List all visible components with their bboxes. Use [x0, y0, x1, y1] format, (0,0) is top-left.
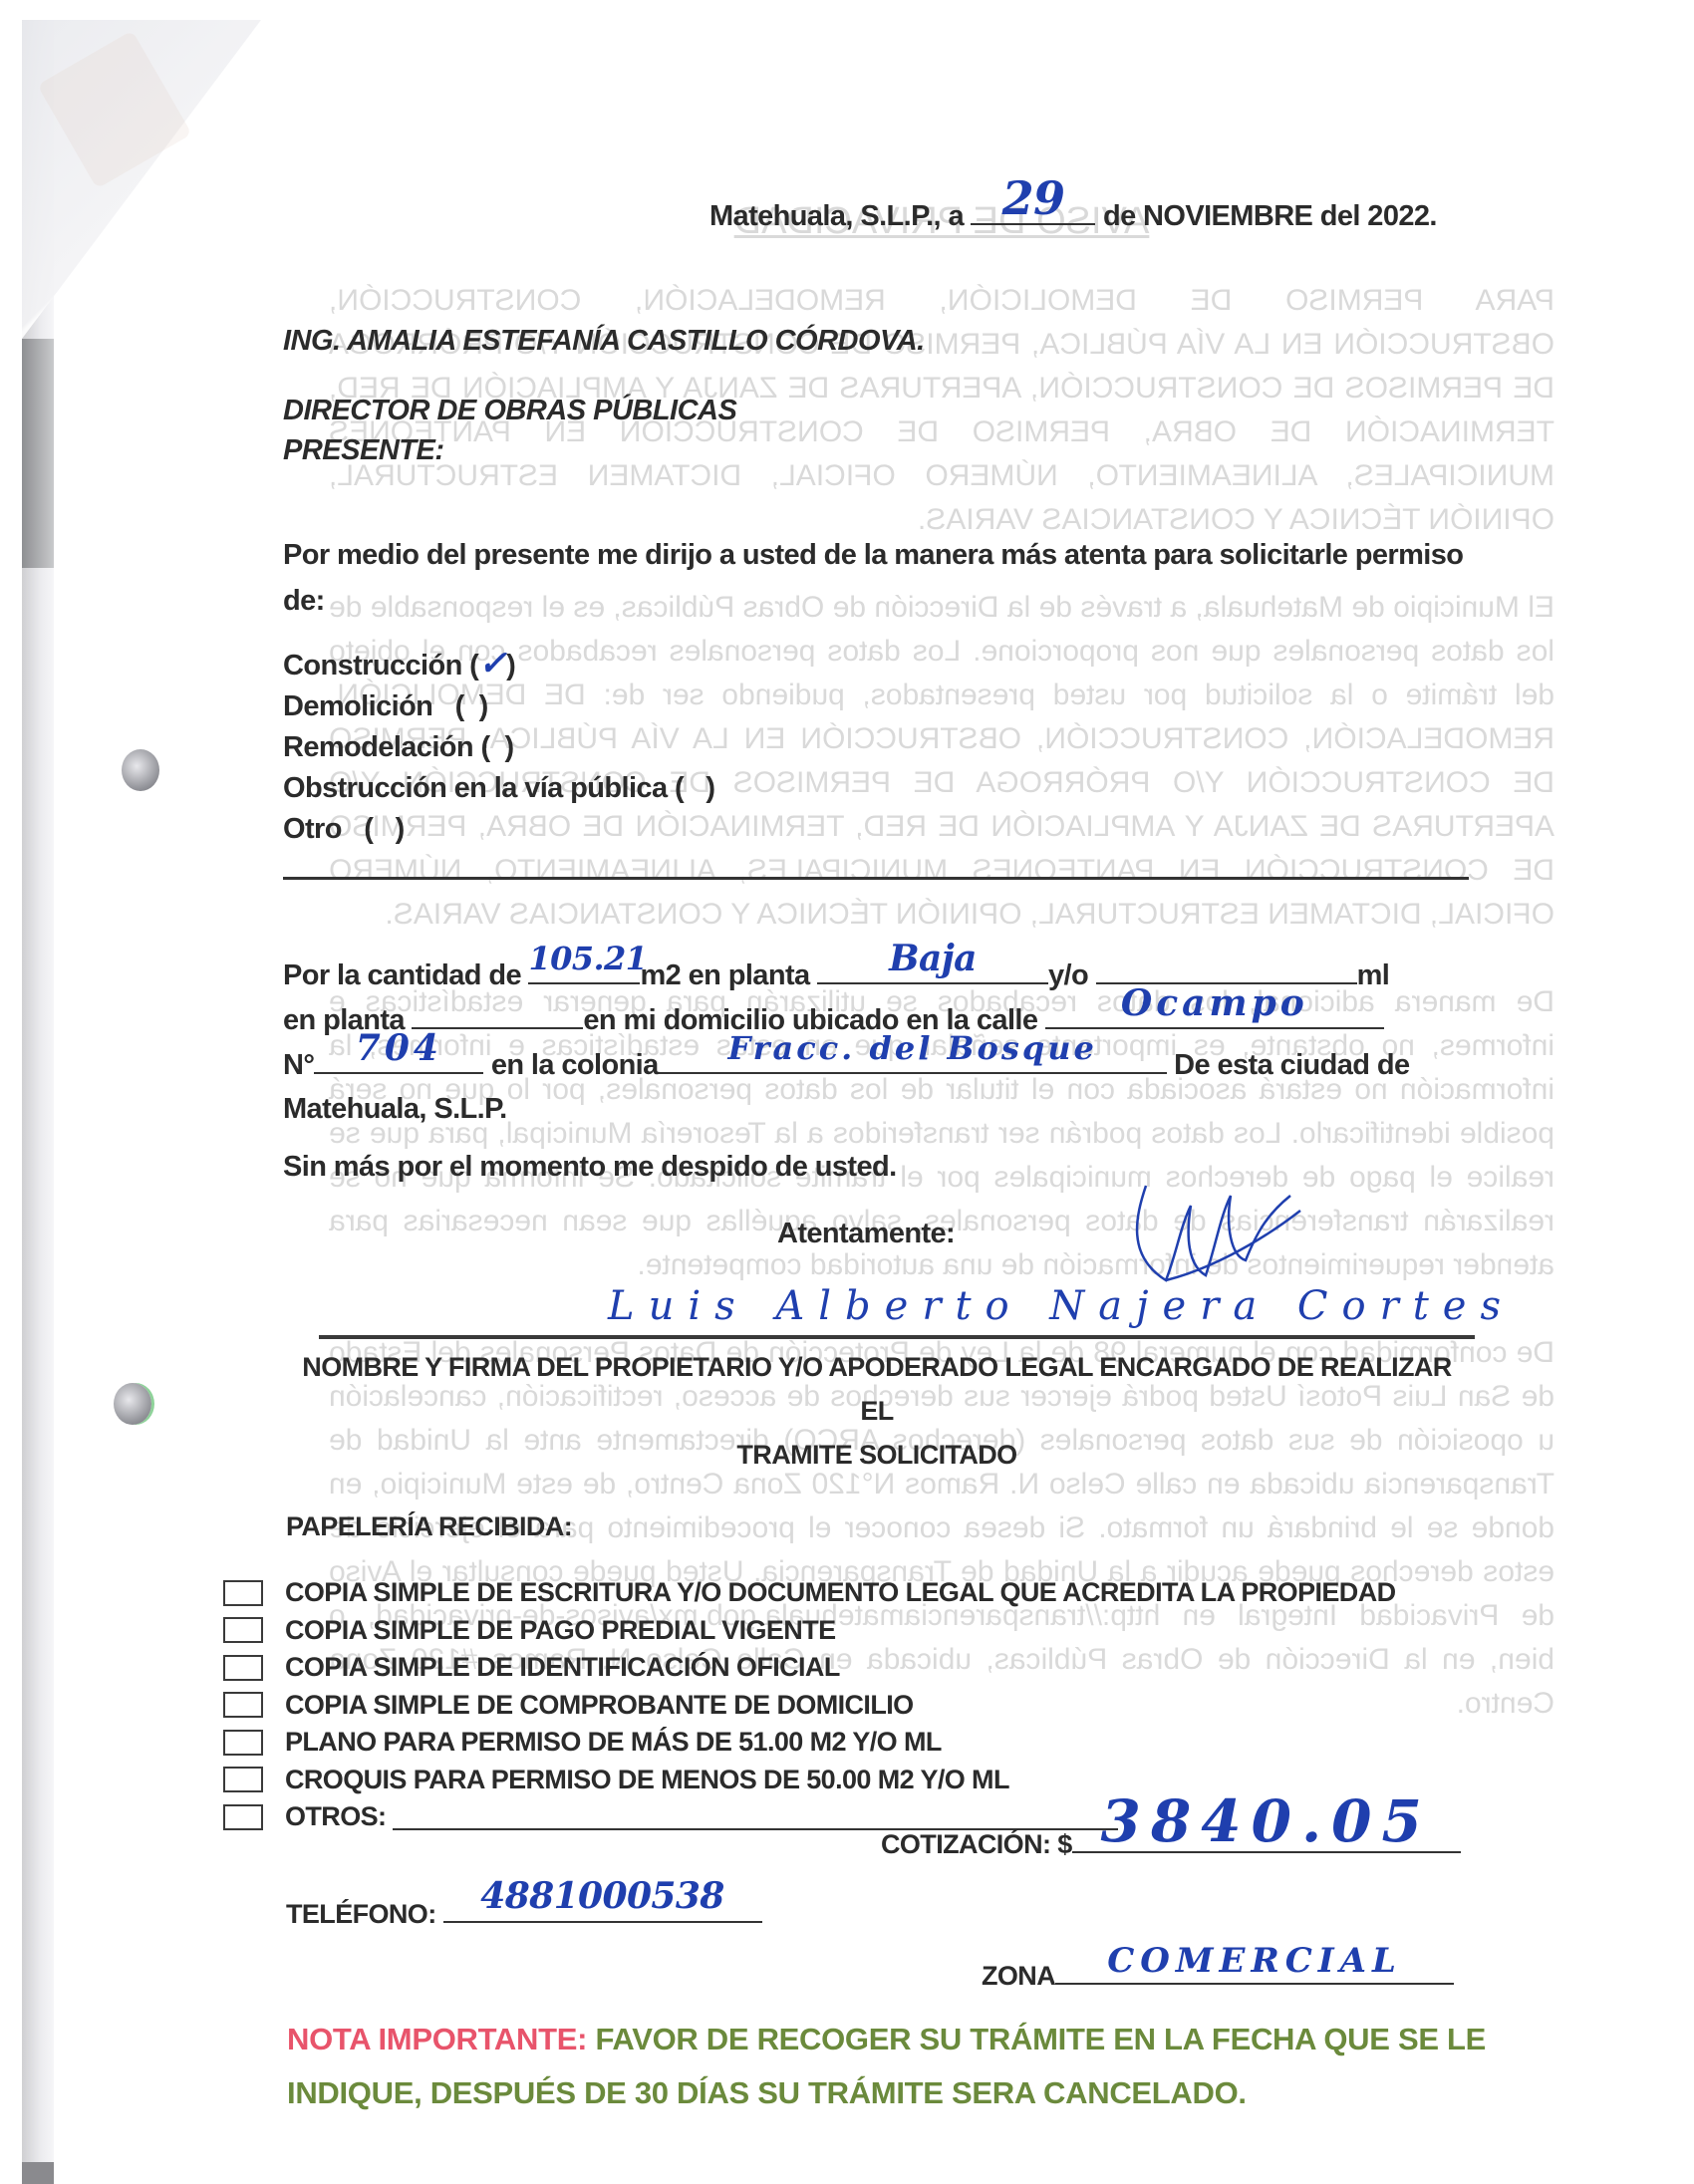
colonia-field[interactable]: Fracc. del Bosque [659, 1042, 1167, 1074]
signer-name: Luis Alberto Najera Cortes [608, 1283, 1515, 1329]
calle-field[interactable]: Ocampo [1045, 997, 1384, 1029]
cantidad-field[interactable]: 105.21 [528, 953, 640, 984]
zona-field[interactable]: COMERCIAL [1055, 1953, 1454, 1985]
checkbox[interactable] [223, 1767, 263, 1792]
intro-paragraph: Por medio del presente me dirijo a usted… [283, 532, 1479, 624]
checkbox[interactable] [223, 1655, 263, 1681]
checkbox[interactable] [223, 1804, 263, 1830]
date-line: Matehuala, S.L.P., a 29 de NOVIEMBRE del… [709, 187, 1437, 233]
en-planta-field[interactable] [412, 997, 583, 1029]
date-suffix: de NOVIEMBRE del 2022. [1103, 200, 1437, 232]
papeleria-title: PAPELERÍA RECIBIDA: [286, 1511, 572, 1542]
checkbox[interactable] [223, 1730, 263, 1756]
request-details: Por la cantidad de 105.21m2 en planta Ba… [283, 953, 1499, 1131]
permit-option-otro[interactable]: Otro ( ) [283, 809, 714, 850]
permit-option-construccion[interactable]: Construcción (✓) [283, 644, 714, 686]
planta-field[interactable]: Baja [817, 953, 1048, 984]
checklist-item-identificacion[interactable]: COPIA SIMPLE DE IDENTIFICACIÓN OFICIAL [223, 1649, 1396, 1687]
signature-scribble [1106, 1176, 1305, 1295]
day-field[interactable]: 29 [971, 187, 1095, 225]
addressee-title: DIRECTOR DE OBRAS PÚBLICAS [283, 391, 925, 430]
zona-row: ZONACOMERCIAL [982, 1953, 1454, 1992]
ml-field[interactable] [1096, 953, 1357, 984]
addressee-name: ING. AMALIA ESTEFANÍA CASTILLO CÓRDOVA. [283, 321, 925, 361]
day-value: 29 [971, 171, 1095, 225]
important-note: NOTA IMPORTANTE: FAVOR DE RECOGER SU TRÁ… [287, 2013, 1513, 2120]
checklist-item-predial[interactable]: COPIA SIMPLE DE PAGO PREDIAL VIGENTE [223, 1612, 1396, 1650]
place-prefix: Matehuala, S.L.P., a [709, 200, 964, 232]
permit-type-list: Construcción (✓) Demolición ( ) Remodela… [283, 644, 714, 850]
signature-line[interactable] [319, 1335, 1475, 1339]
permit-option-remodelacion[interactable]: Remodelación ( ) [283, 727, 714, 768]
checklist-item-escritura[interactable]: COPIA SIMPLE DE ESCRITURA Y/O DOCUMENTO … [223, 1574, 1396, 1612]
salutation: PRESENTE: [283, 430, 925, 470]
checkbox[interactable] [223, 1692, 263, 1718]
cotizacion-field[interactable]: 3840.05 [1072, 1821, 1461, 1853]
atentamente-label: Atentamente: [777, 1218, 955, 1250]
checklist-item-plano[interactable]: PLANO PARA PERMISO DE MÁS DE 51.00 M2 Y/… [223, 1724, 1396, 1762]
numero-field[interactable]: 704 [314, 1042, 483, 1074]
cotizacion-row: COTIZACIÓN: $3840.05 [881, 1821, 1461, 1860]
checkbox[interactable] [223, 1617, 263, 1643]
city-name: Matehuala, S.L.P. [283, 1087, 1499, 1131]
addressee-block: ING. AMALIA ESTEFANÍA CASTILLO CÓRDOVA. … [283, 321, 925, 470]
divider-line [283, 877, 1469, 880]
check-mark-icon: ✓ [478, 644, 506, 683]
checkbox[interactable] [223, 1580, 263, 1606]
telefono-row: TELÉFONO: 4881000538 [286, 1891, 762, 1930]
checklist-item-domicilio[interactable]: COPIA SIMPLE DE COMPROBANTE DE DOMICILIO [223, 1687, 1396, 1725]
permit-option-demolicion[interactable]: Demolición ( ) [283, 686, 714, 727]
permit-option-obstruccion[interactable]: Obstrucción en la vía pública ( ) [283, 768, 714, 809]
note-label: NOTA IMPORTANTE: [287, 2022, 587, 2056]
telefono-field[interactable]: 4881000538 [443, 1891, 762, 1923]
signature-caption: NOMBRE Y FIRMA DEL PROPIETARIO Y/O APODE… [289, 1345, 1465, 1477]
closing-text: Sin más por el momento me despido de ust… [283, 1151, 897, 1184]
permit-request-form: Matehuala, S.L.P., a 29 de NOVIEMBRE del… [0, 0, 1694, 2184]
